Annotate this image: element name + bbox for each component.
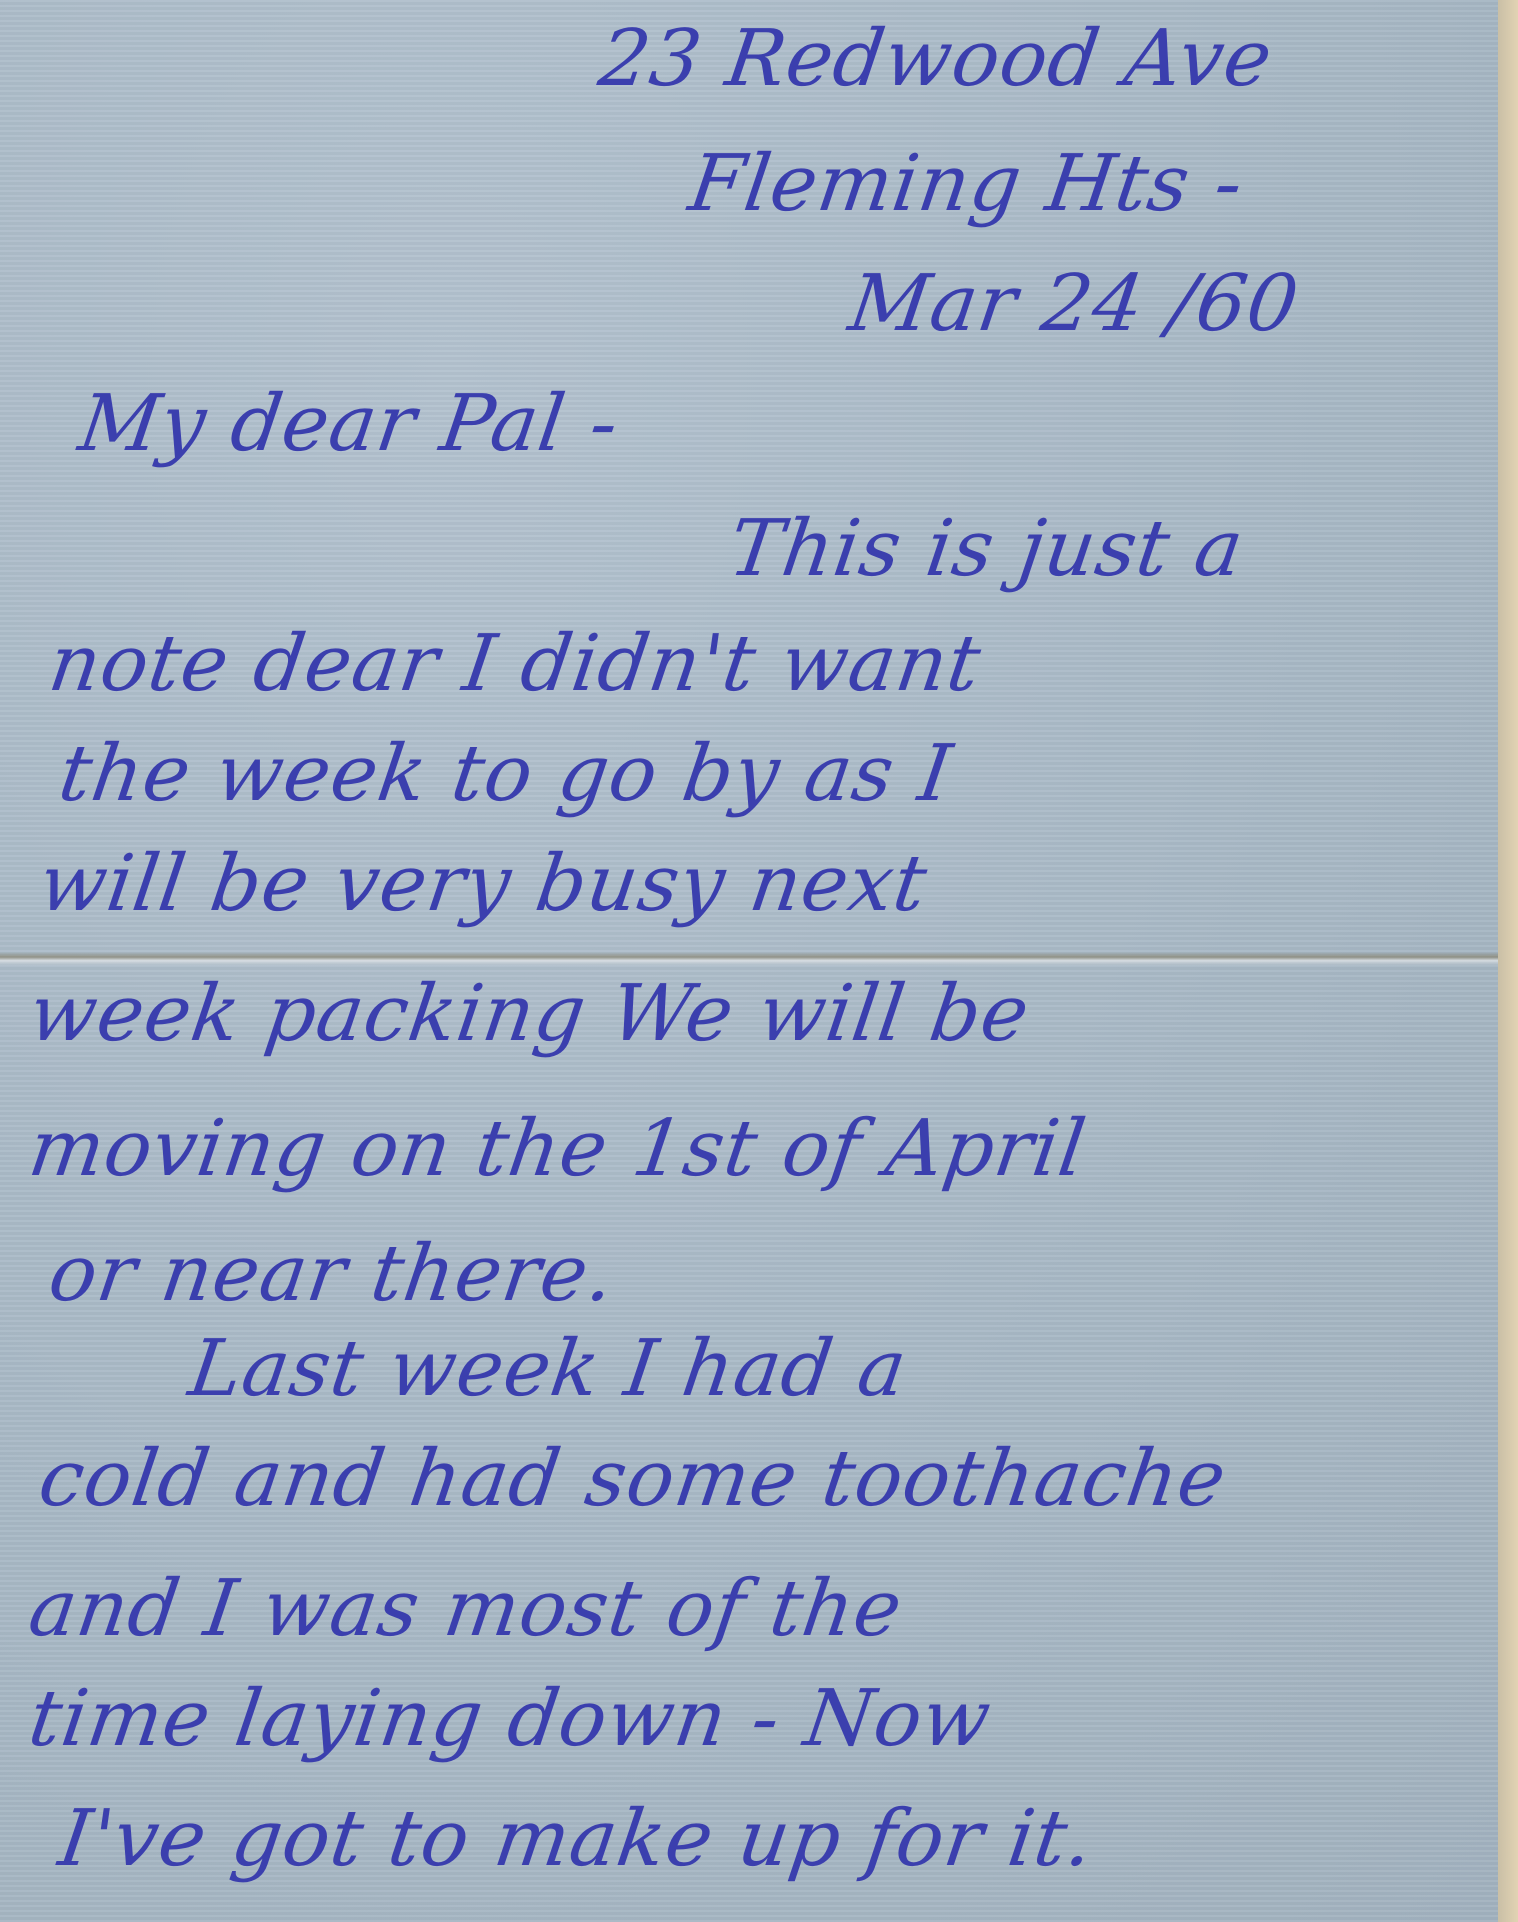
salutation: My dear Pal - — [75, 385, 624, 463]
body-line: note dear I didn't want — [45, 625, 986, 703]
body-line: will be very busy next — [35, 845, 932, 923]
body-line: the week to go by as I — [55, 735, 957, 813]
address-line-2: Fleming Hts - — [685, 145, 1249, 223]
body-line: time laying down - Now — [25, 1680, 996, 1758]
fold-crease — [0, 952, 1498, 966]
body-line: moving on the 1st of April — [25, 1110, 1091, 1188]
body-line: Last week I had a — [185, 1330, 912, 1408]
body-line: and I was most of the — [25, 1570, 908, 1648]
body-line: week packing We will be — [25, 975, 1035, 1053]
address-line-1: 23 Redwood Ave — [595, 20, 1278, 98]
letter-date: Mar 24 /60 — [845, 265, 1304, 343]
body-line: cold and had some toothache — [35, 1440, 1232, 1518]
body-line: or near there. — [45, 1235, 620, 1313]
paper-edge — [1498, 0, 1518, 1922]
body-line: This is just a — [725, 510, 1249, 588]
body-line: I've got to make up for it. — [55, 1800, 1099, 1878]
